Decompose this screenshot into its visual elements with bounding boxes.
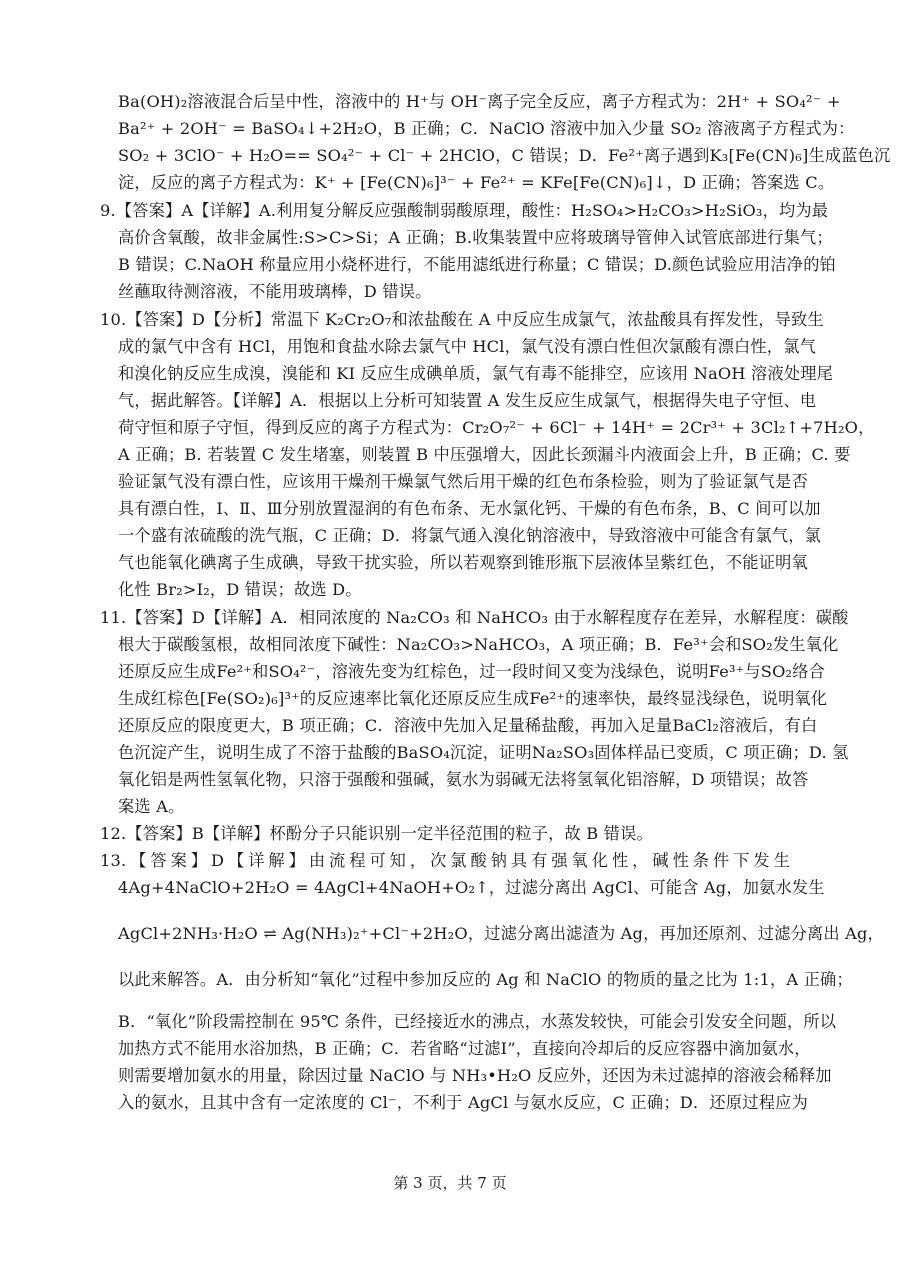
text-line: 气也能氧化碘离子生成碘，导致干扰实验，所以若观察到锥形瓶下层液体呈紫红色，不能证… <box>118 553 808 573</box>
text-line: 丝蘸取待测溶液，不能用玻璃棒，D 错误。 <box>118 282 808 302</box>
answer-10-line: 10.【答案】D【分析】常温下 K₂Cr₂O₇和浓盐酸在 A 中反应生成氯气，浓… <box>100 310 790 330</box>
document-page: Ba(OH)₂溶液混合后呈中性，溶液中的 H⁺与 OH⁻离子完全反应，离子方程式… <box>0 0 900 1272</box>
page-footer: 第 3 页，共 7 页 <box>0 1172 900 1193</box>
text-line: 验证氯气没有漂白性，应该用干燥剂干燥氯气然后用干燥的红色布条检验，则为了验证氯气… <box>118 472 808 492</box>
text-line: 具有漂白性，Ⅰ、Ⅱ、Ⅲ分别放置湿润的有色布条、无水氯化钙、干燥的有色布条，B、C… <box>118 499 808 519</box>
text-line: 和溴化钠反应生成溴，溴能和 KI 反应生成碘单质，氯气有毒不能排空，应该用 Na… <box>118 364 808 384</box>
answer-12-line: 12.【答案】B【详解】杯酚分子只能识别一定半径范围的粒子，故 B 错误。 <box>100 824 790 844</box>
text-line: 则需要增加氨水的用量，除因过量 NaClO 与 NH₃•H₂O 反应外，还因为未… <box>118 1066 808 1086</box>
answer-13-line: 13.【答案】D【详解】由流程可知，次氯酸钠具有强氧化性，碱性条件下发生 <box>100 851 790 871</box>
text-line: AgCl+2NH₃·H₂O ⇌ Ag(NH₃)₂⁺+Cl⁻+2H₂O，过滤分离出… <box>118 924 808 944</box>
text-line: 一个盛有浓硫酸的洗气瓶，C 正确；D．将氯气通入溴化钠溶液中，导致溶液中可能含有… <box>118 526 808 546</box>
text-line: A 正确；B. 若装置 C 发生堵塞，则装置 B 中压强增大，因此长颈漏斗内液面… <box>118 445 808 465</box>
text-line: 成的氯气中含有 HCl，用饱和食盐水除去氯气中 HCl，氯气没有漂白性但次氯酸有… <box>118 337 808 357</box>
text-line: 化性 Br₂>I₂，D 错误；故选 D。 <box>118 580 808 600</box>
text-line: 案选 A。 <box>118 797 808 817</box>
text-line: 4Ag+4NaClO+2H₂O = 4AgCl+4NaOH+O₂↑，过滤分离出 … <box>118 878 808 898</box>
text-line: 还原反应生成Fe²⁺和SO₄²⁻，溶液先变为红棕色，过一段时间又变为浅绿色，说明… <box>118 662 808 682</box>
text-line: Ba(OH)₂溶液混合后呈中性，溶液中的 H⁺与 OH⁻离子完全反应，离子方程式… <box>118 92 808 112</box>
text-line: Ba²⁺ + 2OH⁻ = BaSO₄↓+2H₂O，B 正确；C．NaClO 溶… <box>118 119 808 139</box>
text-line: 荷守恒和原子守恒，得到反应的离子方程式为：Cr₂O₇²⁻ + 6Cl⁻ + 14… <box>118 418 808 438</box>
text-line: 色沉淀产生，说明生成了不溶于盐酸的BaSO₄沉淀，证明Na₂SO₃固体样品已变质… <box>118 743 808 763</box>
text-line: 生成红棕色[Fe(SO₂)₆]³⁺的反应速率比氧化还原反应生成Fe²⁺的速率快，… <box>118 689 808 709</box>
text-line: 以此来解答。A．由分析知“氧化”过程中参加反应的 Ag 和 NaClO 的物质的… <box>118 970 808 990</box>
text-line: 加热方式不能用水浴加热，B 正确；C．若省略“过滤Ⅰ”，直接向冷却后的反应容器中… <box>118 1039 808 1059</box>
text-line: 淀，反应的离子方程式为：K⁺ + [Fe(CN)₆]³⁻ + Fe²⁺ = KF… <box>118 173 808 193</box>
text-line: SO₂ + 3ClO⁻ + H₂O== SO₄²⁻ + Cl⁻ + 2HClO，… <box>118 146 808 166</box>
text-line: B．“氧化”阶段需控制在 95℃ 条件，已经接近水的沸点，水蒸发较快，可能会引发… <box>118 1012 808 1032</box>
answer-9-line: 9.【答案】A【详解】A.利用复分解反应强酸制弱酸原理，酸性：H₂SO₄>H₂C… <box>100 201 790 221</box>
answer-11-line: 11.【答案】D【详解】A．相同浓度的 Na₂CO₃ 和 NaHCO₃ 由于水解… <box>100 608 790 628</box>
text-line: 入的氨水，且其中含有一定浓度的 Cl⁻，不利于 AgCl 与氨水反应，C 正确；… <box>118 1093 808 1113</box>
text-line: 根大于碳酸氢根，故相同浓度下碱性：Na₂CO₃>NaHCO₃，A 项正确；B．F… <box>118 635 808 655</box>
text-line: 气，据此解答。【详解】A．根据以上分析可知装置 A 发生反应生成氯气，根据得失电… <box>118 391 808 411</box>
text-line: B 错误；C.NaOH 称量应用小烧杯进行，不能用滤纸进行称量；C 错误；D.颜… <box>118 255 808 275</box>
text-line: 氧化铝是两性氢氧化物，只溶于强酸和强碱，氨水为弱碱无法将氢氧化铝溶解，D 项错误… <box>118 770 808 790</box>
text-line: 还原反应的限度更大，B 项正确；C．溶液中先加入足量稀盐酸，再加入足量BaCl₂… <box>118 716 808 736</box>
text-line: 高价含氧酸，故非金属性:S>C>Si；A 正确；B.收集装置中应将玻璃导管伸入试… <box>118 228 808 248</box>
